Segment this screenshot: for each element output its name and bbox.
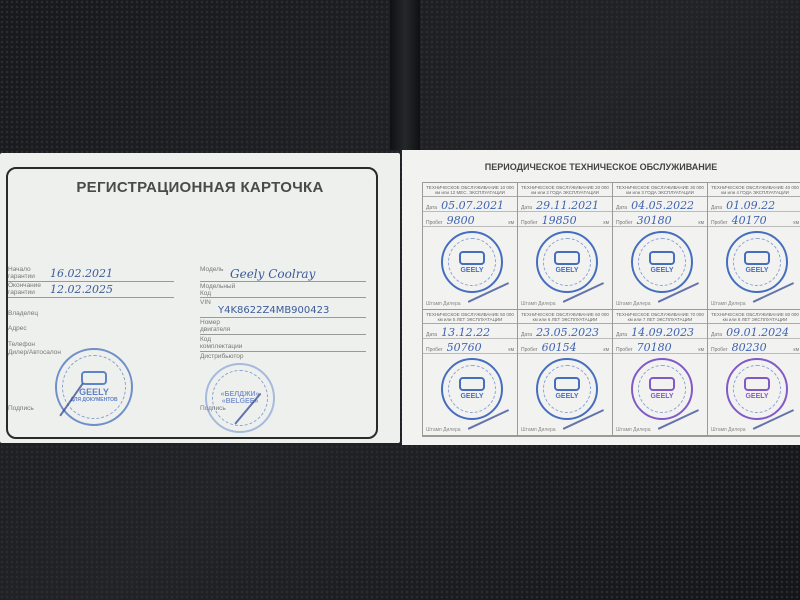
entry-header: ТЕХНИЧЕСКОЕ ОБСЛУЖИВАНИЕ 80 000 км или 8… (708, 310, 800, 324)
trim-code-label: Код комплектации (200, 336, 240, 350)
km-label: км (698, 347, 704, 353)
address-label: Адрес (8, 325, 27, 332)
date-row: Дата29.11.2021 (518, 197, 612, 212)
divider (200, 281, 366, 282)
divider (200, 334, 366, 335)
belgee-distributor-stamp: «БЕЛДЖИ» «BELGEE» (205, 363, 275, 433)
maintenance-entry: ТЕХНИЧЕСКОЕ ОБСЛУЖИВАНИЕ 10 000 км или 1… (423, 183, 518, 310)
mileage-row: Пробег60154км (518, 339, 612, 354)
km-label: км (793, 220, 799, 226)
maintenance-entry: ТЕХНИЧЕСКОЕ ОБСЛУЖИВАНИЕ 40 000 км или 4… (708, 183, 800, 310)
service-booklet: РЕГИСТРАЦИОННАЯ КАРТОЧКА Начало гарантии… (0, 150, 800, 450)
dealer-stamp: GEELY (631, 231, 693, 293)
stamp-label: Штамп Дилера (521, 301, 556, 307)
model-value: Geely Coolray (230, 267, 315, 281)
stamp-text: «БЕЛДЖИ» (221, 391, 260, 398)
km-label: км (698, 220, 704, 226)
mileage-value: 30180 (637, 214, 699, 227)
km-label: км (508, 347, 514, 353)
date-value: 13.12.22 (441, 326, 514, 339)
mileage-value: 9800 (447, 214, 509, 227)
km-label: км (603, 220, 609, 226)
owner-label: Владелец (8, 310, 38, 317)
mileage-row: Пробег9800км (423, 212, 517, 227)
vin-label: VIN (200, 299, 211, 306)
warranty-start-value: 16.02.2021 (50, 267, 113, 280)
entry-header: ТЕХНИЧЕСКОЕ ОБСЛУЖИВАНИЕ 10 000 км или 1… (423, 183, 517, 197)
geely-emblem-icon (744, 377, 770, 391)
date-value: 05.07.2021 (441, 199, 514, 212)
stamp-label: Штамп Дилера (426, 301, 461, 307)
geely-emblem-icon (459, 377, 485, 391)
entry-header: ТЕХНИЧЕСКОЕ ОБСЛУЖИВАНИЕ 50 000 км или 5… (423, 310, 517, 324)
phone-label: Телефон (8, 341, 35, 348)
geely-emblem-icon (744, 251, 770, 265)
divider (8, 297, 174, 298)
geely-emblem-icon (649, 251, 675, 265)
mileage-label: Пробег (711, 347, 728, 353)
stamp-text: GEELY (460, 267, 483, 274)
maintenance-grid: ТЕХНИЧЕСКОЕ ОБСЛУЖИВАНИЕ 10 000 км или 1… (422, 182, 800, 437)
date-label: Дата (426, 205, 437, 211)
km-label: км (793, 347, 799, 353)
dealer-stamp: GEELY (536, 231, 598, 293)
distributor-label: Дистрибьютор (200, 353, 243, 360)
date-row: Дата09.01.2024 (708, 324, 800, 339)
km-label: км (508, 220, 514, 226)
date-value: 14.09.2023 (631, 326, 704, 339)
geely-emblem-icon (554, 251, 580, 265)
date-value: 29.11.2021 (536, 199, 609, 212)
stamp-text: GEELY (745, 393, 768, 400)
vin-value: Y4K8622Z4MB900423 (218, 305, 329, 316)
dealer-stamp: GEELY (726, 231, 788, 293)
divider (200, 317, 366, 318)
mileage-row: Пробег30180км (613, 212, 707, 227)
date-label: Дата (521, 332, 532, 338)
mileage-label: Пробег (521, 220, 538, 226)
geely-emblem-icon (554, 377, 580, 391)
divider (200, 351, 366, 352)
maintenance-entry: ТЕХНИЧЕСКОЕ ОБСЛУЖИВАНИЕ 70 000 км или 7… (613, 310, 708, 437)
warranty-end-value: 12.02.2025 (50, 283, 113, 296)
warranty-start-label: Начало гарантии (8, 266, 40, 280)
maintenance-title: ПЕРИОДИЧЕСКОЕ ТЕХНИЧЕСКОЕ ОБСЛУЖИВАНИЕ (402, 162, 800, 172)
geely-dealer-stamp: GEELY ДЛЯ ДОКУМЕНТОВ (55, 348, 133, 426)
mileage-value: 19850 (542, 214, 604, 227)
geely-emblem-icon (81, 371, 107, 385)
maintenance-page: ПЕРИОДИЧЕСКОЕ ТЕХНИЧЕСКОЕ ОБСЛУЖИВАНИЕ Т… (402, 150, 800, 445)
mileage-row: Пробег70180км (613, 339, 707, 354)
mileage-label: Пробег (616, 347, 633, 353)
date-value: 04.05.2022 (631, 199, 704, 212)
stamp-text: GEELY (745, 267, 768, 274)
maintenance-entry: ТЕХНИЧЕСКОЕ ОБСЛУЖИВАНИЕ 50 000 км или 5… (423, 310, 518, 437)
dealer-stamp: GEELY (441, 231, 503, 293)
mileage-row: Пробег80230км (708, 339, 800, 354)
entry-header: ТЕХНИЧЕСКОЕ ОБСЛУЖИВАНИЕ 60 000 км или 6… (518, 310, 612, 324)
date-value: 01.09.22 (726, 199, 799, 212)
geely-emblem-icon (649, 377, 675, 391)
stamp-text: GEELY (650, 393, 673, 400)
mileage-row: Пробег19850км (518, 212, 612, 227)
date-row: Дата14.09.2023 (613, 324, 707, 339)
dealer-label: Дилер/Автосалон (8, 349, 61, 356)
stamp-text: GEELY (555, 393, 578, 400)
stamp-label: Штамп Дилера (521, 427, 556, 433)
stamp-text: GEELY (555, 267, 578, 274)
stamp-label: Штамп Дилера (711, 301, 746, 307)
date-value: 09.01.2024 (726, 326, 799, 339)
stamp-label: Штамп Дилера (616, 301, 651, 307)
stamp-text: GEELY (79, 387, 109, 397)
date-row: Дата13.12.22 (423, 324, 517, 339)
maintenance-entry: ТЕХНИЧЕСКОЕ ОБСЛУЖИВАНИЕ 80 000 км или 8… (708, 310, 800, 437)
date-label: Дата (426, 332, 437, 338)
mileage-row: Пробег50760км (423, 339, 517, 354)
date-label: Дата (711, 205, 722, 211)
entry-header: ТЕХНИЧЕСКОЕ ОБСЛУЖИВАНИЕ 20 000 км или 2… (518, 183, 612, 197)
signature-left-label: Подпись (8, 405, 34, 412)
date-row: Дата01.09.22 (708, 197, 800, 212)
dealer-stamp: GEELY (631, 358, 693, 420)
date-label: Дата (616, 332, 627, 338)
mileage-label: Пробег (426, 347, 443, 353)
entry-header: ТЕХНИЧЕСКОЕ ОБСЛУЖИВАНИЕ 30 000 км или 3… (613, 183, 707, 197)
mileage-row: Пробег40170км (708, 212, 800, 227)
km-label: км (603, 347, 609, 353)
dealer-stamp: GEELY (441, 358, 503, 420)
maintenance-entry: ТЕХНИЧЕСКОЕ ОБСЛУЖИВАНИЕ 60 000 км или 6… (518, 310, 613, 437)
stamp-label: Штамп Дилера (616, 427, 651, 433)
mileage-label: Пробег (426, 220, 443, 226)
mileage-value: 70180 (637, 341, 699, 354)
date-row: Дата04.05.2022 (613, 197, 707, 212)
seat-seam (390, 0, 420, 150)
stamp-text: GEELY (460, 393, 483, 400)
mileage-value: 50760 (447, 341, 509, 354)
mileage-value: 40170 (732, 214, 794, 227)
mileage-label: Пробег (616, 220, 633, 226)
stamp-text: GEELY (650, 267, 673, 274)
date-value: 23.05.2023 (536, 326, 609, 339)
stamp-label: Штамп Дилера (711, 427, 746, 433)
stamp-subtext: ДЛЯ ДОКУМЕНТОВ (70, 397, 117, 403)
mileage-label: Пробег (521, 347, 538, 353)
geely-emblem-icon (459, 251, 485, 265)
stamp-label: Штамп Дилера (426, 427, 461, 433)
divider (200, 297, 366, 298)
entry-header: ТЕХНИЧЕСКОЕ ОБСЛУЖИВАНИЕ 70 000 км или 7… (613, 310, 707, 324)
entry-header: ТЕХНИЧЕСКОЕ ОБСЛУЖИВАНИЕ 40 000 км или 4… (708, 183, 800, 197)
registration-page: РЕГИСТРАЦИОННАЯ КАРТОЧКА Начало гарантии… (0, 153, 400, 443)
model-label: Модель (200, 266, 223, 273)
date-label: Дата (616, 205, 627, 211)
maintenance-entry: ТЕХНИЧЕСКОЕ ОБСЛУЖИВАНИЕ 30 000 км или 3… (613, 183, 708, 310)
dealer-stamp: GEELY (726, 358, 788, 420)
dealer-stamp: GEELY (536, 358, 598, 420)
engine-number-label: Номер двигателя (200, 319, 232, 333)
maintenance-entry: ТЕХНИЧЕСКОЕ ОБСЛУЖИВАНИЕ 20 000 км или 2… (518, 183, 613, 310)
mileage-label: Пробег (711, 220, 728, 226)
date-row: Дата23.05.2023 (518, 324, 612, 339)
date-label: Дата (521, 205, 532, 211)
mileage-value: 60154 (542, 341, 604, 354)
mileage-value: 80230 (732, 341, 794, 354)
date-row: Дата05.07.2021 (423, 197, 517, 212)
model-code-label: Модельный Код (200, 283, 240, 297)
date-label: Дата (711, 332, 722, 338)
registration-card-title: РЕГИСТРАЦИОННАЯ КАРТОЧКА (0, 179, 400, 196)
warranty-end-label: Окончание гарантии (8, 282, 40, 296)
